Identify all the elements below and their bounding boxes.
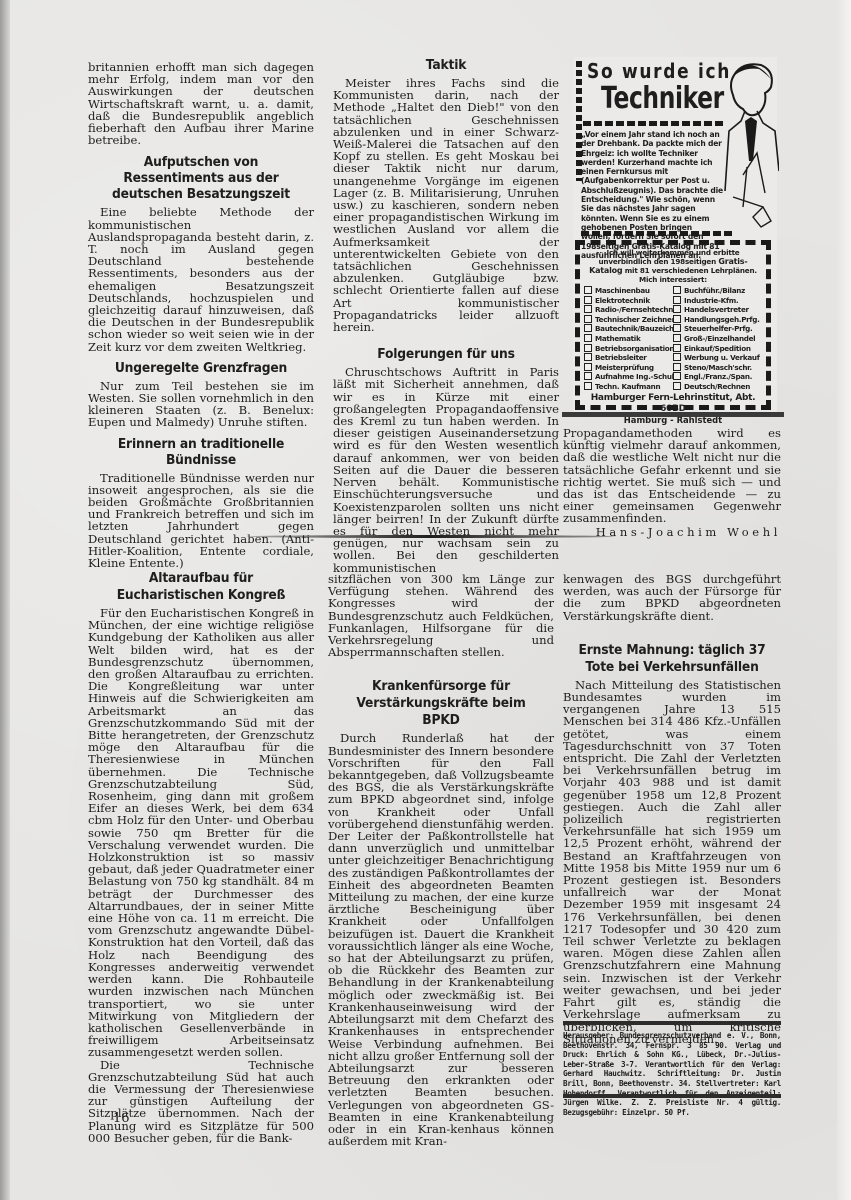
section-text: Eine beliebte Methode der kommunistische…: [88, 206, 314, 352]
checkbox-icon[interactable]: [673, 334, 681, 342]
imprint-bottom-rule: [563, 1094, 781, 1098]
article-continuation: Propagandamethoden wird es künftig vielm…: [563, 427, 781, 525]
article-continuation: kenwagen des BGS durchgeführt werden, wa…: [563, 573, 781, 622]
course-option[interactable]: Einkauf/Spedition: [673, 344, 762, 354]
section-heading: Folgerungen für uns: [342, 347, 550, 363]
course-option[interactable]: Buchführ./Bilanz: [673, 286, 762, 296]
course-option[interactable]: Technischer Zeichner: [584, 315, 673, 325]
section-text: Chruschtschows Auftritt in Paris läßt mi…: [333, 366, 559, 573]
course-option[interactable]: Maschinenbau: [584, 286, 673, 296]
course-options-right: Buchführ./Bilanz Industrie-Kfm. Handelsv…: [673, 286, 762, 392]
course-option[interactable]: Radio-/Fernsehtechn.: [584, 305, 673, 315]
checkbox-icon[interactable]: [584, 363, 592, 371]
course-option[interactable]: Elektrotechnik: [584, 296, 673, 306]
section-separator-line: [246, 535, 616, 538]
checkbox-icon[interactable]: [584, 344, 592, 352]
ad-dashed-divider: [581, 231, 733, 236]
section-heading: Aufputschen von Ressentiments aus der de…: [97, 155, 305, 203]
section-text: Traditionelle Bündnisse werden nur insow…: [88, 472, 314, 570]
checkbox-icon[interactable]: [673, 363, 681, 371]
section-text: Nur zum Teil bestehen sie im Westen. Sie…: [88, 380, 314, 429]
section-text: Meister ihres Fachs sind die Kommunisten…: [333, 77, 559, 333]
course-option[interactable]: Aufnahme Ing.-Schule: [584, 372, 673, 382]
publication-imprint: Herausgeber: Bundesgrenzschutzverband e.…: [563, 1031, 781, 1117]
checkbox-icon[interactable]: [673, 372, 681, 380]
course-option[interactable]: Handelsvertreter: [673, 305, 762, 315]
imprint-top-rule: [563, 1021, 781, 1025]
section-heading: Ungeregelte Grenzfragen: [97, 361, 305, 377]
checkbox-icon[interactable]: [584, 372, 592, 380]
newspaper-page: britannien erhofft man sich dagegen mehr…: [0, 0, 851, 1200]
course-option[interactable]: Werbung u. Verkauf: [673, 353, 762, 363]
checkbox-icon[interactable]: [673, 353, 681, 361]
man-portrait-illustration-icon: [723, 57, 779, 232]
course-option[interactable]: Industrie-Kfm.: [673, 296, 762, 306]
checkbox-icon[interactable]: [584, 296, 592, 304]
article-continuation: britannien erhofft man sich dagegen mehr…: [88, 61, 314, 146]
ad-bottom-rule: [562, 412, 784, 417]
top-column-2: Taktik Meister ihres Fachs sind die Komm…: [333, 58, 559, 574]
article-continuation: sitzflächen von 300 km Länge zur Verfügu…: [328, 573, 554, 658]
article-heading: Ernste Mahnung: täglich 37 Tote bei Verk…: [572, 642, 773, 676]
checkbox-icon[interactable]: [584, 315, 592, 323]
bottom-column-1: Altaraufbau für Eucharistischen Kongreß …: [88, 570, 314, 1144]
order-coupon[interactable]: Ich will weiterkommen und erbitte unverb…: [575, 240, 771, 410]
article-paragraph: Für den Eucharistischen Kongreß in Münch…: [88, 607, 314, 1059]
checkbox-icon[interactable]: [673, 286, 681, 294]
checkbox-icon[interactable]: [673, 344, 681, 352]
checkbox-icon[interactable]: [673, 296, 681, 304]
advertisement-techniker: So wurde ich Techniker „Vor einem Jahr s…: [573, 57, 777, 415]
ad-dashed-divider: [583, 121, 725, 126]
article-paragraph: Die Technische Grenzschutzabteilung Süd …: [88, 1059, 314, 1144]
course-option[interactable]: Groß-/Einzelhandel: [673, 334, 762, 344]
article-paragraph: Nach Mitteilung des Statistischen Bundes…: [563, 679, 781, 1045]
course-option[interactable]: Meisterprüfung: [584, 363, 673, 373]
course-option[interactable]: Betriebsorganisation: [584, 344, 673, 354]
course-option[interactable]: Steuerhelfer-Prfg.: [673, 324, 762, 334]
checkbox-icon[interactable]: [584, 324, 592, 332]
article-paragraph: Durch Runderlaß hat der Bundesminister d…: [328, 732, 554, 1147]
course-options: Maschinenbau Elektrotechnik Radio-/Ferns…: [584, 286, 762, 392]
bottom-column-2: sitzflächen von 300 km Länge zur Verfügu…: [328, 573, 554, 1147]
article-heading: Altaraufbau für Eucharistischen Kongreß: [97, 570, 305, 604]
checkbox-icon[interactable]: [673, 324, 681, 332]
top-column-1: britannien erhofft man sich dagegen mehr…: [88, 61, 314, 569]
course-option[interactable]: Engl./Franz./Span.: [673, 372, 762, 382]
course-option[interactable]: Handlungsgeh.Prfg.: [673, 315, 762, 325]
checkbox-icon[interactable]: [584, 382, 592, 390]
course-option[interactable]: Bautechnik/Bauzeichn.: [584, 324, 673, 334]
checkbox-icon[interactable]: [584, 334, 592, 342]
coupon-intro: Ich will weiterkommen und erbitte unverb…: [584, 248, 762, 284]
checkbox-icon[interactable]: [584, 286, 592, 294]
checkbox-icon[interactable]: [584, 353, 592, 361]
course-option[interactable]: Steno/Masch'schr.: [673, 363, 762, 373]
top-column-3: Propagandamethoden wird es künftig vielm…: [563, 427, 781, 538]
course-option[interactable]: Techn. Kaufmann: [584, 382, 673, 392]
page-binding-edge: [0, 0, 10, 1200]
checkbox-icon[interactable]: [584, 305, 592, 313]
ad-title-line-2: Techniker: [601, 81, 724, 116]
section-heading: Erinnern an traditionelle Bündnisse: [97, 437, 305, 469]
course-option[interactable]: Deutsch/Rechnen: [673, 382, 762, 392]
section-heading: Taktik: [342, 58, 550, 74]
bottom-column-3: kenwagen des BGS durchgeführt werden, wa…: [563, 573, 781, 1045]
course-option[interactable]: Mathematik: [584, 334, 673, 344]
page-number: 16: [113, 1111, 130, 1126]
page-right-edge: [837, 0, 851, 1200]
checkbox-icon[interactable]: [673, 315, 681, 323]
checkbox-icon[interactable]: [673, 382, 681, 390]
course-options-left: Maschinenbau Elektrotechnik Radio-/Ferns…: [584, 286, 673, 392]
article-heading: Krankenfürsorge für Verstärkungskräfte b…: [337, 678, 545, 729]
course-option[interactable]: Betriebsleiter: [584, 353, 673, 363]
ad-title-line-1: So wurde ich: [587, 59, 731, 83]
checkbox-icon[interactable]: [673, 305, 681, 313]
